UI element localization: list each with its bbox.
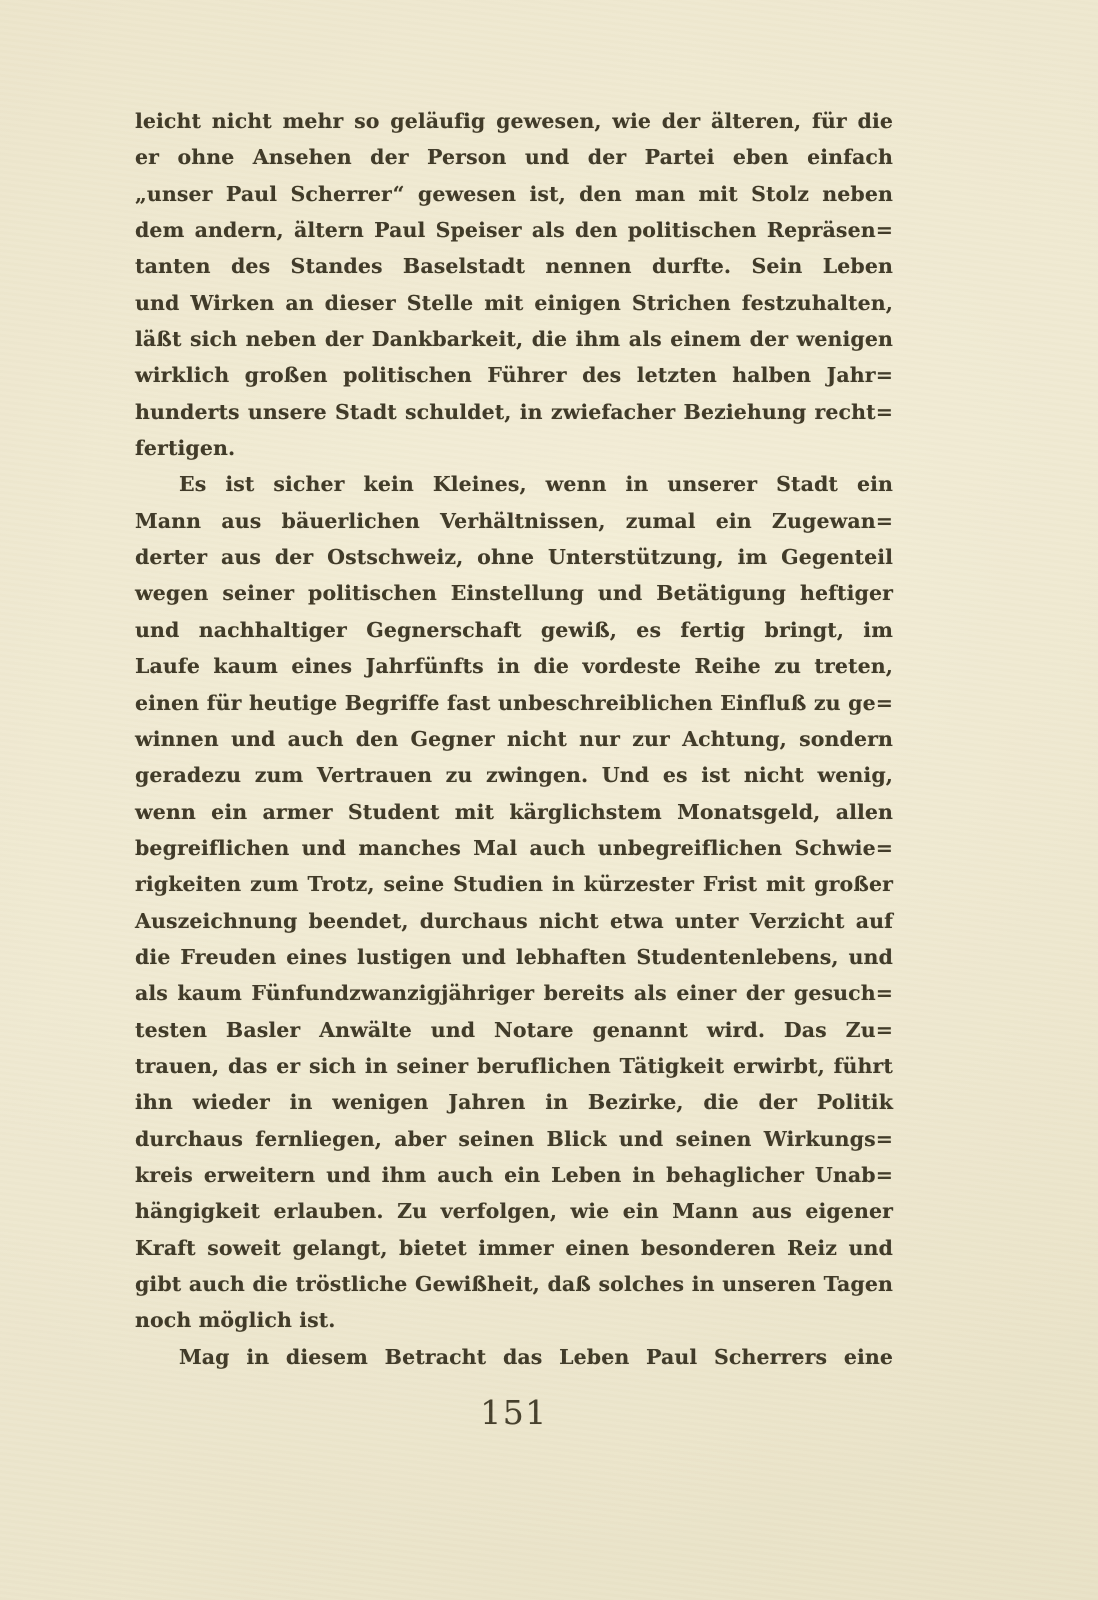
text-line: wenn ein armer Student mit kärglichstem … [135, 794, 893, 830]
text-line: derter aus der Ostschweiz, ohne Unterstü… [135, 539, 893, 575]
text-line: begreiflichen und manches Mal auch unbeg… [135, 830, 893, 866]
text-line: hunderts unsere Stadt schuldet, in zwief… [135, 394, 893, 430]
text-block: leicht nicht mehr so geläufig gewesen, w… [135, 103, 893, 1375]
text-line: Es ist sicher kein Kleines, wenn in unse… [135, 466, 893, 502]
text-line: als kaum Fünfundzwanzigjähriger bereits … [135, 975, 893, 1011]
text-line: testen Basler Anwälte und Notare genannt… [135, 1012, 893, 1048]
text-line: Mann aus bäuerlichen Verhältnissen, zuma… [135, 503, 893, 539]
text-line: „unser Paul Scherrer“ gewesen ist, den m… [135, 176, 893, 212]
text-line: rigkeiten zum Trotz, seine Studien in kü… [135, 866, 893, 902]
text-line: dem andern, ältern Paul Speiser als den … [135, 212, 893, 248]
text-line: und nachhaltiger Gegnerschaft gewiß, es … [135, 612, 893, 648]
text-line: geradezu zum Vertrauen zu zwingen. Und e… [135, 757, 893, 793]
text-line: wegen seiner politischen Einstellung und… [135, 575, 893, 611]
text-line: leicht nicht mehr so geläufig gewesen, w… [135, 103, 893, 139]
text-line: und Wirken an dieser Stelle mit einigen … [135, 285, 893, 321]
text-line: trauen, das er sich in seiner berufliche… [135, 1048, 893, 1084]
text-line: Kraft soweit gelangt, bietet immer einen… [135, 1230, 893, 1266]
text-line: fertigen. [135, 430, 893, 466]
text-line: einen für heutige Begriffe fast unbeschr… [135, 685, 893, 721]
text-line: Auszeichnung beendet, durchaus nicht etw… [135, 903, 893, 939]
text-line: Laufe kaum eines Jahrfünfts in die vorde… [135, 648, 893, 684]
text-line: ihn wieder in wenigen Jahren in Bezirke,… [135, 1084, 893, 1120]
text-line: gibt auch die tröstliche Gewißheit, daß … [135, 1266, 893, 1302]
text-line: hängigkeit erlauben. Zu verfolgen, wie e… [135, 1193, 893, 1229]
text-line: noch möglich ist. [135, 1302, 893, 1338]
text-line: die Freuden eines lustigen und lebhaften… [135, 939, 893, 975]
text-line: er ohne Ansehen der Person und der Parte… [135, 139, 893, 175]
text-line: winnen und auch den Gegner nicht nur zur… [135, 721, 893, 757]
text-line: kreis erweitern und ihm auch ein Leben i… [135, 1157, 893, 1193]
text-line: wirklich großen politischen Führer des l… [135, 357, 893, 393]
book-page: leicht nicht mehr so geläufig gewesen, w… [0, 0, 1098, 1600]
text-line: tanten des Standes Baselstadt nennen dur… [135, 248, 893, 284]
page-number: 151 [135, 1393, 893, 1432]
text-line: Mag in diesem Betracht das Leben Paul Sc… [135, 1339, 893, 1375]
text-line: läßt sich neben der Dankbarkeit, die ihm… [135, 321, 893, 357]
text-line: durchaus fernliegen, aber seinen Blick u… [135, 1121, 893, 1157]
